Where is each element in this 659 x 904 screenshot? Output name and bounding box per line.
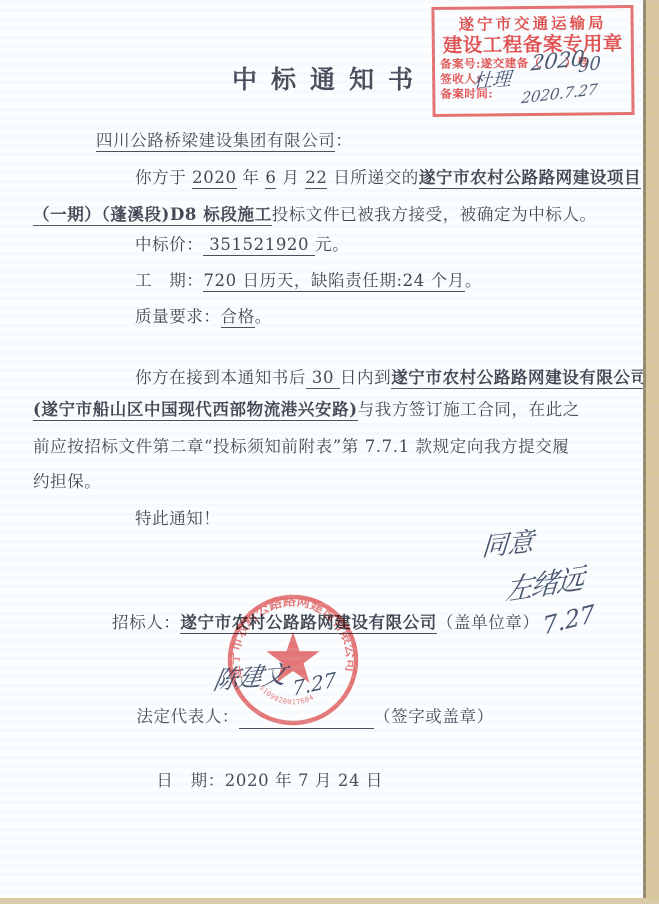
paragraph2-line4: 约担保。 — [33, 470, 101, 494]
text-segment: 年 — [237, 168, 266, 187]
text-segment: 30 — [306, 368, 340, 389]
date-line: 日 期：2020 年 7 月 24 日 — [133, 745, 383, 817]
text-segment: 工 期： — [135, 271, 203, 290]
text-segment: 2020 — [192, 168, 236, 189]
text-segment: 与我方签订施工合同，在此之 — [358, 400, 580, 419]
text-segment: 你方在接到本通知书后 — [135, 368, 306, 387]
text-segment: (遂宁市船山区中国现代西部物流港兴安路) — [33, 400, 358, 421]
date-label: 日 期： — [156, 771, 224, 790]
paragraph2-line1: 你方在接到本通知书后 30 日内到遂宁市农村公路路网建设有限公司 — [135, 366, 648, 390]
text-segment: 元。 — [315, 235, 349, 254]
bid-price-line: 中标价： 351521920 元。 — [135, 233, 349, 257]
text-segment: 合格 — [221, 307, 255, 328]
paragraph1-line1: 你方于 2020 年 6 月 22 日所递交的遂宁市农村公路路网建设项目 — [135, 166, 641, 190]
scanned-document-page: 遂宁市交通运输局 建设工程备案专用章 备案号:遂交建备（ ）号 签收人: 备案时… — [0, 0, 659, 904]
addressee-line: 四川公路桥梁建设集团有限公司： — [96, 129, 353, 153]
text-segment: 中标价： — [135, 235, 203, 254]
handwritten-approver-signature: 左绪远 — [504, 556, 585, 609]
duration-line: 工 期：720 日历天，缺陷责任期:24 个月。 — [135, 269, 482, 293]
quality-line: 质量要求：合格。 — [135, 305, 272, 329]
text-segment: 质量要求： — [135, 307, 221, 326]
legal-rep-suffix: （签字或盖章） — [374, 707, 494, 726]
text-segment: 遂宁市农村公路路网建设有限公司 — [391, 368, 648, 389]
text-segment: 22 — [305, 168, 327, 189]
text-segment: 351521920 — [203, 235, 315, 256]
text-segment: 四川公路桥梁建设集团有限公司 — [96, 131, 335, 152]
text-segment: 月 — [276, 168, 305, 187]
text-segment: ： — [335, 131, 352, 150]
document-title: 中标通知书 — [0, 60, 659, 96]
scan-edge-bottom — [0, 898, 659, 904]
paragraph2-line3: 前应按招标文件第二章“投标须知前附表”第 7.7.1 款规定向我方提交履 — [33, 435, 569, 459]
text-segment: 前应按招标文件第二章“投标须知前附表”第 7.7.1 款规定向我方提交履 — [33, 437, 569, 456]
text-segment: 投标文件已被我方接受，被确定为中标人。 — [272, 205, 597, 224]
handwritten-approval-note: 同意 — [481, 521, 535, 564]
text-segment: 你方于 — [135, 168, 192, 187]
text-segment: （一期）（蓬溪段)D8 标段施工 — [33, 205, 272, 226]
text-segment: 日内到 — [340, 368, 391, 387]
paragraph2-line2: (遂宁市船山区中国现代西部物流港兴安路)与我方签订施工合同，在此之 — [33, 398, 580, 422]
handwritten-approval-date: 7.27 — [542, 599, 596, 640]
text-segment: （盖单位章） — [437, 613, 540, 632]
paragraph1-line2: （一期）（蓬溪段)D8 标段施工投标文件已被我方接受，被确定为中标人。 — [33, 203, 597, 227]
text-segment: 约担保。 — [33, 472, 101, 491]
text-segment: 6 — [265, 168, 276, 189]
text-segment: 特此通知！ — [135, 509, 221, 528]
date-value: 2020 年 7 月 24 日 — [225, 771, 383, 790]
text-segment: 。 — [255, 307, 272, 326]
scan-edge-right — [646, 0, 659, 904]
notice-line: 特此通知！ — [135, 507, 221, 531]
text-segment: 日所递交的 — [327, 168, 418, 187]
text-segment: 招标人： — [112, 613, 180, 632]
text-segment: 720 日历天，缺陷责任期:24 个月 — [203, 271, 464, 292]
handwritten-legal-rep-signature: 陈建文 — [211, 654, 290, 697]
text-segment: 。 — [465, 271, 482, 290]
text-segment: 遂宁市农村公路路网建设项目 — [419, 168, 641, 189]
